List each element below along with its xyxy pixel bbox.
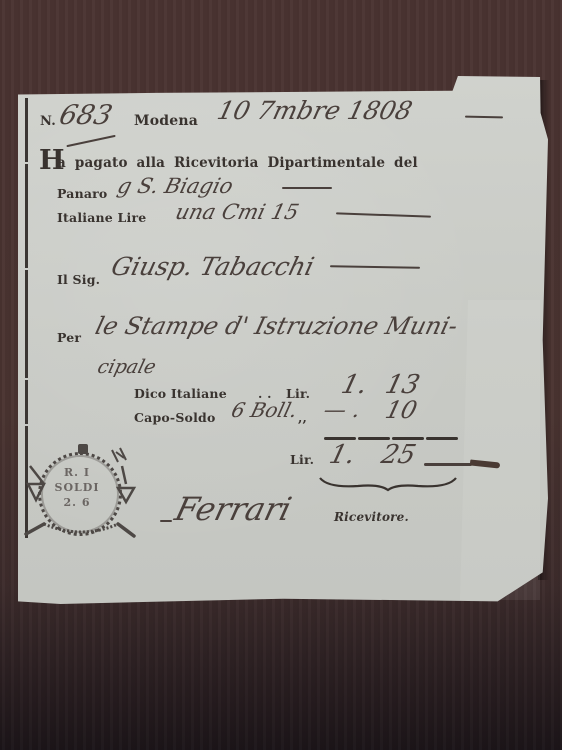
amount-label: Dico Italiane: [134, 386, 227, 401]
opening-text: a pagato alla Ricevitoria Dipartimentale…: [57, 155, 418, 171]
currency-handwritten: una Cmi 15: [173, 200, 301, 224]
caposoldo-lire: — .: [321, 398, 363, 423]
signature-role: Ricevitore.: [334, 510, 409, 524]
purpose-handwritten-line1: le Stampe d' Istruzione Muni-: [93, 312, 461, 340]
caposoldo-note: 6 Boll.: [229, 398, 300, 422]
purpose-label: Per: [57, 330, 81, 345]
signature-stroke: [160, 520, 172, 522]
total-unit: Lir.: [290, 452, 314, 467]
border-rule: [25, 98, 28, 162]
border-rule: [25, 164, 28, 268]
filler-line: [282, 187, 332, 189]
border-rule: [25, 270, 28, 378]
sum-rule: [426, 437, 458, 440]
signature-handwritten: Ferrari: [171, 490, 295, 528]
department-handwritten: g S. Biagio: [115, 174, 236, 198]
caposoldo-label: Capo-Soldo: [134, 410, 216, 425]
stamp-line3: 2. 6: [38, 496, 116, 510]
stamp-line2: SOLDI: [38, 481, 116, 495]
border-rule: [25, 380, 28, 424]
payer-label: Il Sig.: [57, 272, 100, 287]
payer-handwritten: Giusp. Tabacchi: [108, 252, 317, 281]
purpose-handwritten-line2: cipale: [95, 356, 158, 378]
stamp-line1: R. I: [38, 466, 116, 480]
department-label: Panaro: [57, 186, 107, 201]
paper-fold: [460, 300, 540, 600]
caposoldo-dots: ,,: [298, 410, 307, 425]
number-label: N.: [40, 114, 56, 129]
brace-flourish: [318, 474, 458, 494]
date-handwritten: 10 7mbre 1808: [214, 96, 415, 125]
place-label: Modena: [134, 113, 198, 129]
receipt-number: 683: [56, 100, 115, 131]
currency-label: Italiane Lire: [57, 210, 146, 225]
filler-line: [424, 463, 472, 466]
